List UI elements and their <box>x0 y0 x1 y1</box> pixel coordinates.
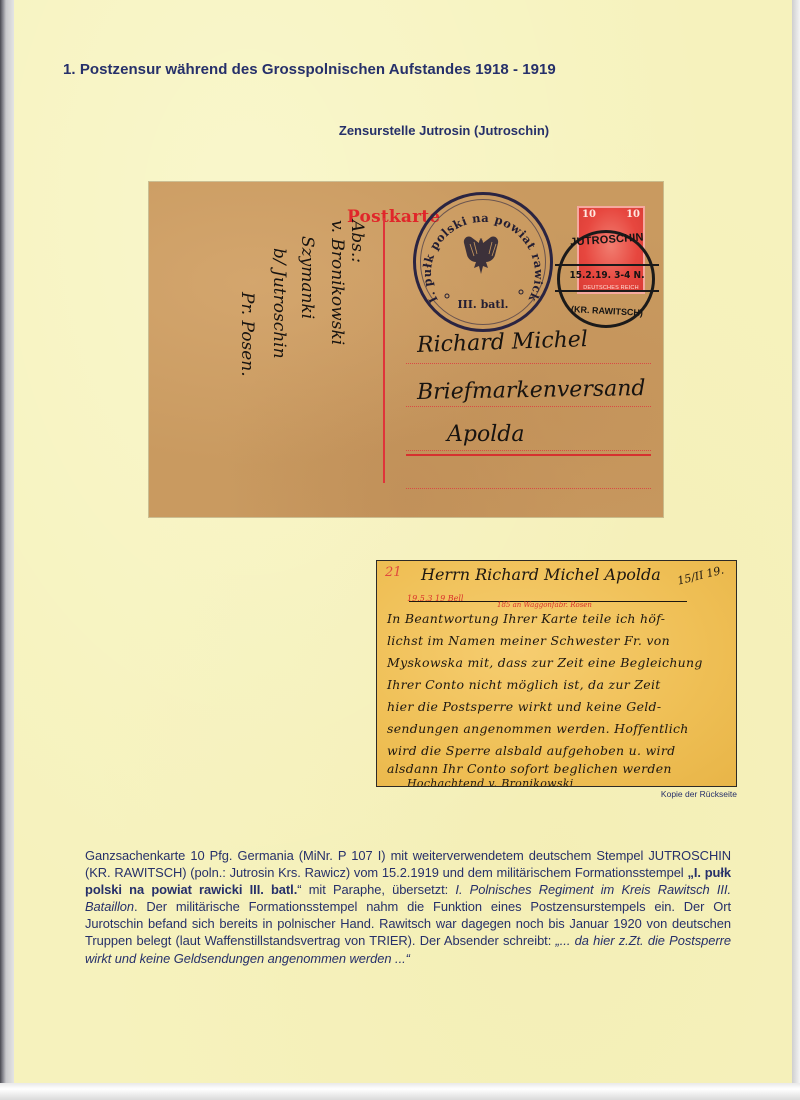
backside-text-line: alsdann Ihr Conto sofort beglichen werde… <box>387 761 672 776</box>
address-line <box>406 406 651 407</box>
album-sheet: 1. Postzensur während des Grosspolnische… <box>14 0 792 1083</box>
sender-line: v. Bronikowski <box>327 220 347 345</box>
address-line-solid <box>406 454 651 456</box>
stamp-value-left: 10 <box>582 209 596 220</box>
scanner-edge-bottom <box>0 1083 800 1100</box>
backside-red-note: 185 an Waggonfabr. Rosen <box>497 601 592 609</box>
postcard-back-copy-image: 21 Herrn Richard Michel Apolda 15/II 19.… <box>376 560 737 787</box>
description-text: “ mit Paraphe, übersetzt: <box>297 882 455 897</box>
backside-date: 15/II 19. <box>676 563 725 587</box>
description-text: Ganzsachenkarte 10 Pfg. Germania (MiNr. … <box>85 848 731 880</box>
backside-red-note: 19.5.3 19 Bell <box>407 594 463 603</box>
stamp-value-right: 10 <box>626 209 640 220</box>
backside-text-line: wird die Sperre alsbald aufgehoben u. wi… <box>387 743 675 758</box>
recipient-city: Apolda <box>447 422 524 447</box>
recipient-name: Richard Michel <box>417 327 589 358</box>
sender-line: Abs.: <box>347 220 367 263</box>
postmark-bar <box>555 290 659 292</box>
scanner-edge-left <box>0 0 14 1100</box>
eagle-icon <box>458 230 508 280</box>
postcard-front-image: Postkarte 10 10 DEUTSCHES REICH JUTROSCH… <box>149 182 663 517</box>
scanner-edge-right <box>792 0 800 1100</box>
page-title: 1. Postzensur während des Grosspolnische… <box>63 61 556 78</box>
backside-header: Herrn Richard Michel Apolda <box>421 565 661 584</box>
page-subtitle: Zensurstelle Jutrosin (Jutroschin) <box>14 123 792 138</box>
backside-text-line: Ihrer Conto nicht möglich ist, da zur Ze… <box>387 677 661 692</box>
backside-text-line: lichst im Namen meiner Schwester Fr. von <box>387 633 670 648</box>
postmark-date: 15.2.19. 3-4 N. <box>559 270 655 281</box>
address-line <box>406 488 651 489</box>
address-line <box>406 450 651 451</box>
backside-text-line: sendungen angenommen werden. Hoffentlich <box>387 721 689 736</box>
backside-caption: Kopie der Rückseite <box>376 789 737 799</box>
sender-line: b/ Jutroschin <box>269 248 289 359</box>
backside-text-line: In Beantwortung Ihrer Karte teile ich hö… <box>387 611 665 626</box>
postmark-bar <box>555 264 659 266</box>
censor-stamp-bottom-text: III. batl. <box>449 298 517 311</box>
backside-text-line: Hochachtend v. Bronikowski <box>407 777 574 787</box>
description-paragraph: Ganzsachenkarte 10 Pfg. Germania (MiNr. … <box>85 847 731 967</box>
postcard-divider-line <box>383 218 385 483</box>
sender-line: Szymanki <box>297 236 317 319</box>
recipient-business: Briefmarkenversand <box>417 376 646 405</box>
backside-text-line: hier die Postsperre wirkt und keine Geld… <box>387 699 661 714</box>
address-line <box>406 363 651 364</box>
backside-text-line: Myskowska mit, dass zur Zeit eine Beglei… <box>387 655 703 670</box>
sender-line: Pr. Posen. <box>237 292 257 377</box>
backside-number: 21 <box>385 565 402 580</box>
sender-address: Abs.: v. Bronikowski Szymanki b/ Jutrosc… <box>159 212 379 472</box>
